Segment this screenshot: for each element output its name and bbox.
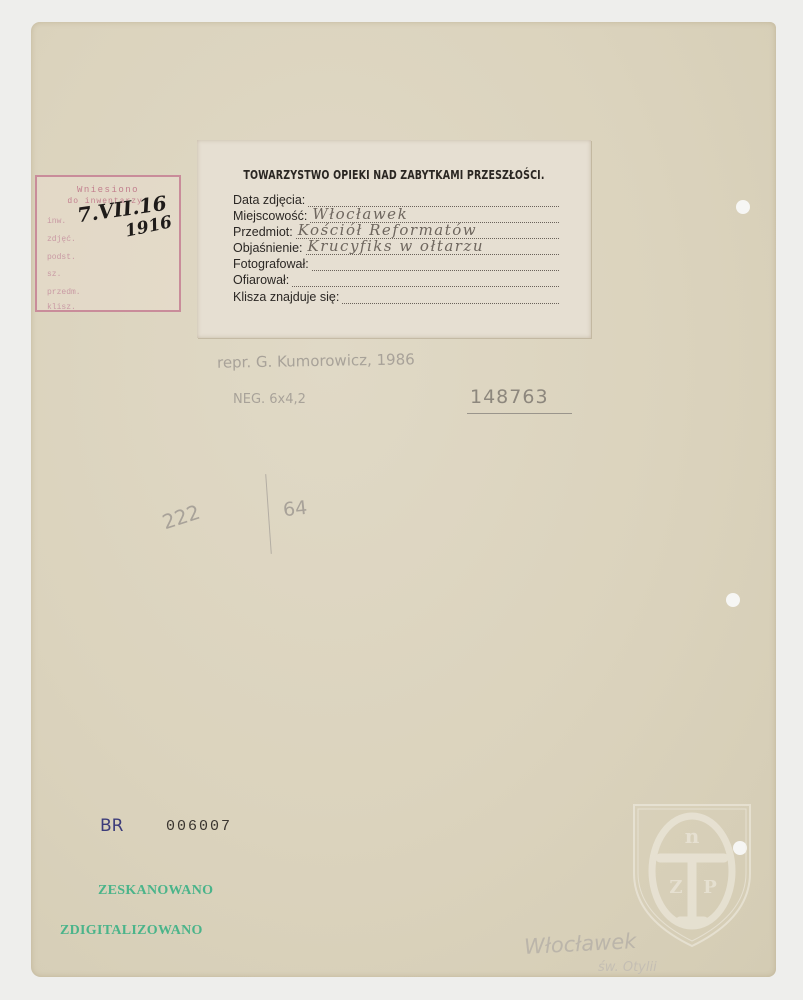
scanned-stamp: ZESKANOWANO — [98, 883, 213, 899]
field-label: Przedmiot: — [233, 225, 293, 239]
digitized-stamp: ZDIGITALIZOWANO — [60, 923, 203, 939]
shield-monogram-watermark-icon: n Z P — [632, 803, 752, 948]
pencil-negative-size: NEG. 6x4,2 — [233, 392, 306, 407]
field-value: Krucyfiks w ołtarzu — [308, 237, 485, 255]
stamp-line: zdjęć. — [47, 235, 76, 244]
pencil-bottom-location-2: św. Otylii — [598, 960, 657, 975]
field-label: Miejscowość: — [233, 209, 307, 223]
registration-stamp: Wniesiono do inwentarzy: inw. zdjęć. pod… — [35, 175, 181, 312]
field-label: Data zdjęcia: — [233, 193, 305, 207]
stamp-line: sz. — [47, 270, 61, 279]
pencil-inventory-number: 148763 — [470, 386, 549, 408]
svg-text:n: n — [685, 824, 700, 848]
serial-number-stamp: 006007 — [166, 818, 232, 835]
punch-hole-top — [736, 200, 750, 214]
field-label: Fotografował: — [233, 257, 309, 271]
punch-hole-middle — [726, 593, 740, 607]
field-label: Klisza znajduje się: — [233, 290, 339, 304]
tonzp-label-card: TOWARZYSTWO OPIEKI NAD ZABYTKAMI PRZESZŁ… — [197, 140, 591, 338]
card-title: TOWARZYSTWO OPIEKI NAD ZABYTKAMI PRZESZŁ… — [229, 167, 560, 182]
collection-code: BR — [100, 816, 123, 836]
field-description: Objaśnienie: Krucyfiks w ołtarzu — [233, 239, 559, 255]
field-label: Ofiarował: — [233, 273, 289, 287]
stamp-line: inw. — [47, 217, 66, 226]
field-label: Objaśnienie: — [233, 241, 303, 255]
field-photographer: Fotografował: — [233, 255, 559, 271]
svg-text:P: P — [703, 877, 717, 898]
stamp-line: klisz. — [47, 303, 76, 312]
inventory-number-underline — [467, 413, 572, 414]
field-negative-location: Klisza znajduje się: — [233, 288, 559, 304]
field-donor: Ofiarował: — [233, 271, 559, 287]
pencil-shelf-right: 64 — [282, 497, 308, 521]
stamp-line: podst. — [47, 253, 76, 262]
pencil-repro-note: repr. G. Kumorowicz, 1986 — [217, 350, 415, 371]
stamp-line: przedm. — [47, 288, 81, 297]
svg-text:Z: Z — [669, 877, 682, 898]
